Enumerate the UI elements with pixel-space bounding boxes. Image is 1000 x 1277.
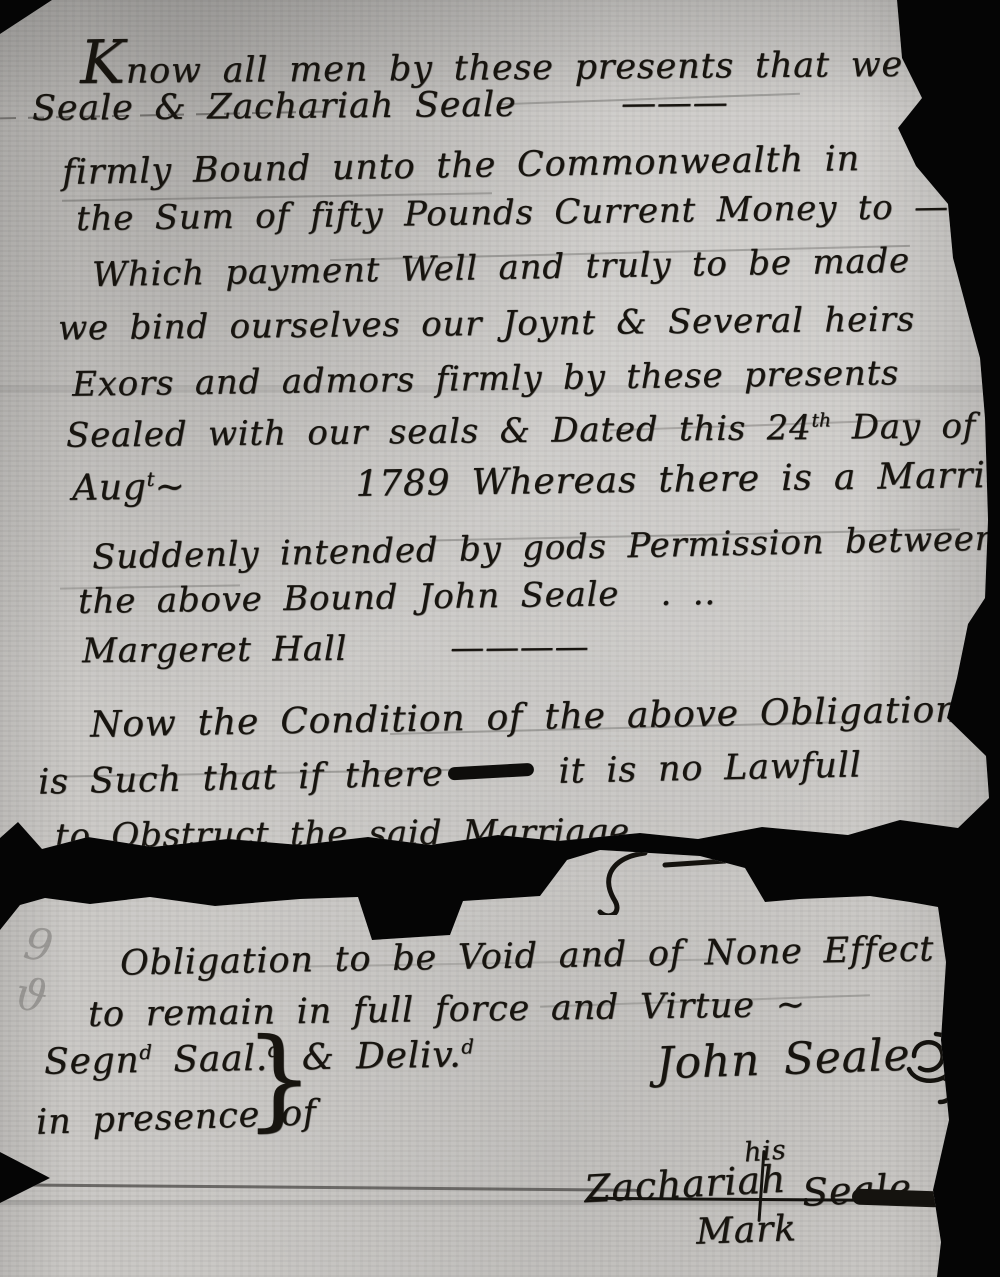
document-line-8: Sealed with our seals & Dated this 24th … xyxy=(66,406,976,456)
document-line-7: Exors and admors firmly by these present… xyxy=(72,353,900,405)
document-line-4: the Sum of fifty Pounds Current Money to… xyxy=(76,187,949,239)
document-line-12: Margeret Hall ———— xyxy=(82,627,590,671)
document-line-3: firmly Bound unto the Commonwealth in xyxy=(62,139,861,193)
document-line-10: Suddenly intended by gods Permission bet… xyxy=(92,519,998,578)
document-line-16: Obligation to be Void and of None Effect… xyxy=(120,928,995,983)
wax-seal-flourish xyxy=(884,1018,974,1108)
document-line-6: we bind ourselves our Joynt & Several he… xyxy=(58,300,915,349)
ink-blot xyxy=(852,1188,943,1207)
superscript: d xyxy=(461,1035,474,1058)
document-line-13: Now the Condition of the above Obligatio… xyxy=(90,689,960,745)
document-line-11: the above Bound John Seale . .. and xyxy=(78,568,1000,622)
pencil-marks: 9ϑ xyxy=(11,918,60,1024)
document-line-15-torn: to Obstruct the said Marriage xyxy=(55,811,630,856)
document-line-17: to remain in full force and Virtue ~ xyxy=(88,985,806,1035)
scanned-document: Know all men by these presents that we J… xyxy=(0,0,1000,1277)
document-line-9: Augt~ 1789 Whereas there is a Marriage xyxy=(72,454,1000,509)
superscript: th xyxy=(811,410,831,431)
document-line-14: is Such that if there it is no Lawfull xyxy=(38,745,862,802)
ink-flourish-fragment xyxy=(575,845,755,915)
scratched-out-word xyxy=(447,763,534,781)
mark-label: Mark xyxy=(695,1208,797,1252)
superscript: d xyxy=(139,1041,152,1064)
crease-line xyxy=(0,1183,640,1192)
document-line-5: Which payment Well and truly to be made xyxy=(92,241,911,295)
signature-john-seale: John Seale xyxy=(655,1030,911,1090)
